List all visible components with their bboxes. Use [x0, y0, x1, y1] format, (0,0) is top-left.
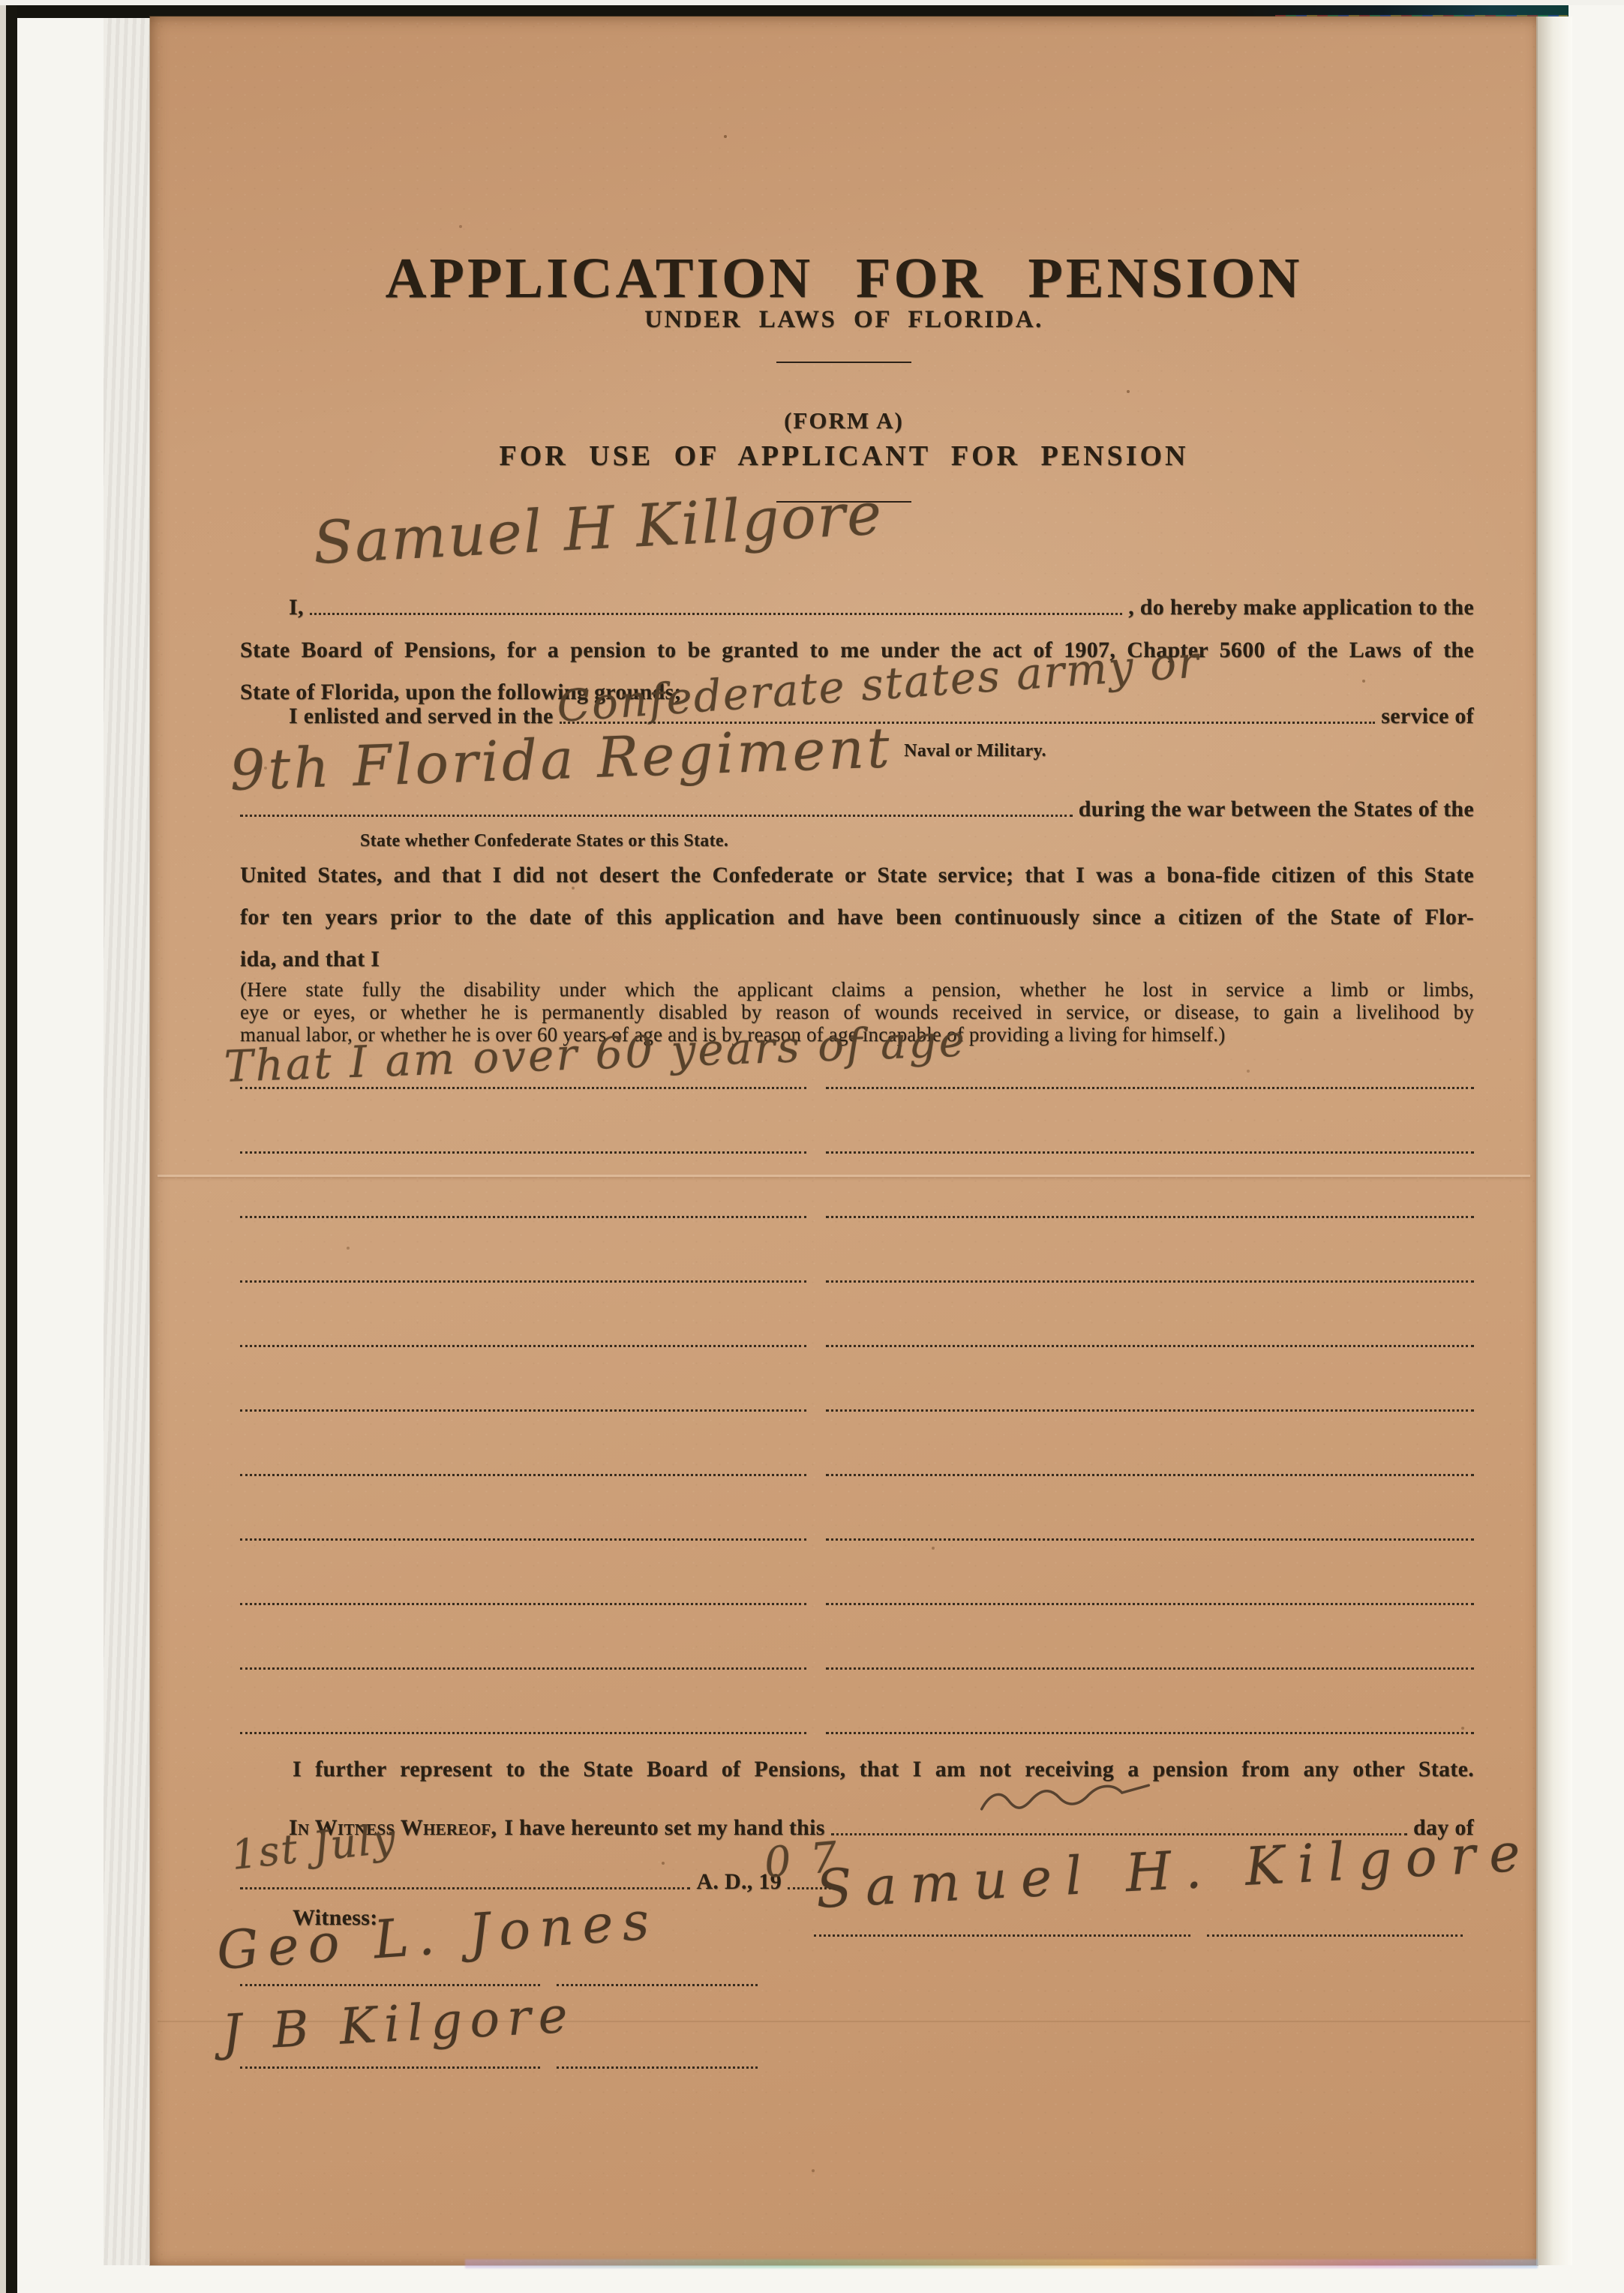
blank-dotted-line — [240, 1603, 1474, 1605]
blank-dotted-line — [240, 1151, 1474, 1154]
witness-clause-rest: I have hereunto set my hand this — [504, 1815, 824, 1841]
blank-dotted-line — [240, 1538, 1474, 1541]
blank-dotted-line — [240, 1732, 1474, 1734]
intro-line: I, , do hereby make application to the — [289, 595, 1474, 620]
scanner-bed-left-edge — [0, 0, 6, 2293]
paper-specks — [0, 0, 3, 3]
page-subtitle: UNDER LAWS OF FLORIDA. — [150, 306, 1538, 334]
body-line: for ten years prior to the date of this … — [240, 905, 1474, 930]
body-line: State Board of Pensions, for a pension t… — [240, 638, 1474, 663]
witness-signature-line — [240, 1984, 758, 1986]
plastic-sleeve-edge — [104, 18, 150, 2265]
body-line: United States, and that I did not desert… — [240, 863, 1474, 888]
dotted-leader — [310, 613, 1122, 615]
disability-note: (Here state fully the disability under w… — [240, 978, 1474, 1001]
enlisted-prefix: I enlisted and served in the — [289, 704, 554, 729]
paper-crease — [158, 1175, 1530, 1177]
ad-date-line: A. D., 19 — [240, 1869, 840, 1895]
during-war-line: during the war between the States of the — [240, 797, 1474, 822]
body-line: ida, and that I — [240, 947, 380, 972]
enlisted-suffix: service of — [1381, 704, 1474, 729]
blank-dotted-line — [240, 1345, 1474, 1347]
scanned-pension-document: APPLICATION FOR PENSION UNDER LAWS OF FL… — [0, 0, 1624, 2293]
scan-top-margin — [0, 0, 1624, 5]
applicant-signature-line — [814, 1934, 1463, 1937]
scan-black-left-strip — [6, 0, 17, 2293]
witness-signature-line — [240, 2066, 758, 2069]
blank-dotted-line — [240, 1216, 1474, 1218]
divider-rule — [776, 362, 911, 363]
state-caption: State whether Confederate States or this… — [360, 831, 728, 851]
page-title: APPLICATION FOR PENSION — [150, 246, 1538, 311]
further-represent-line: I further represent to the State Board o… — [293, 1757, 1474, 1782]
intro-suffix: , do hereby make application to the — [1128, 595, 1474, 620]
blank-dotted-line — [240, 1667, 1474, 1670]
paper-right-edge — [1536, 17, 1572, 2265]
form-label: (FORM A) — [150, 407, 1538, 434]
intro-prefix: I, — [289, 595, 304, 620]
blank-dotted-line — [240, 1474, 1474, 1476]
blank-dotted-line — [240, 1409, 1474, 1412]
during-war-text: during the war between the States of the — [1079, 797, 1474, 822]
blank-dotted-line — [240, 1087, 1474, 1089]
scan-artifact-rainbow-bottom — [465, 2259, 1538, 2268]
form-heading: FOR USE OF APPLICANT FOR PENSION — [150, 440, 1538, 473]
dotted-leader — [240, 815, 1073, 817]
blank-dotted-line — [240, 1280, 1474, 1283]
dotted-leader — [240, 1887, 690, 1889]
